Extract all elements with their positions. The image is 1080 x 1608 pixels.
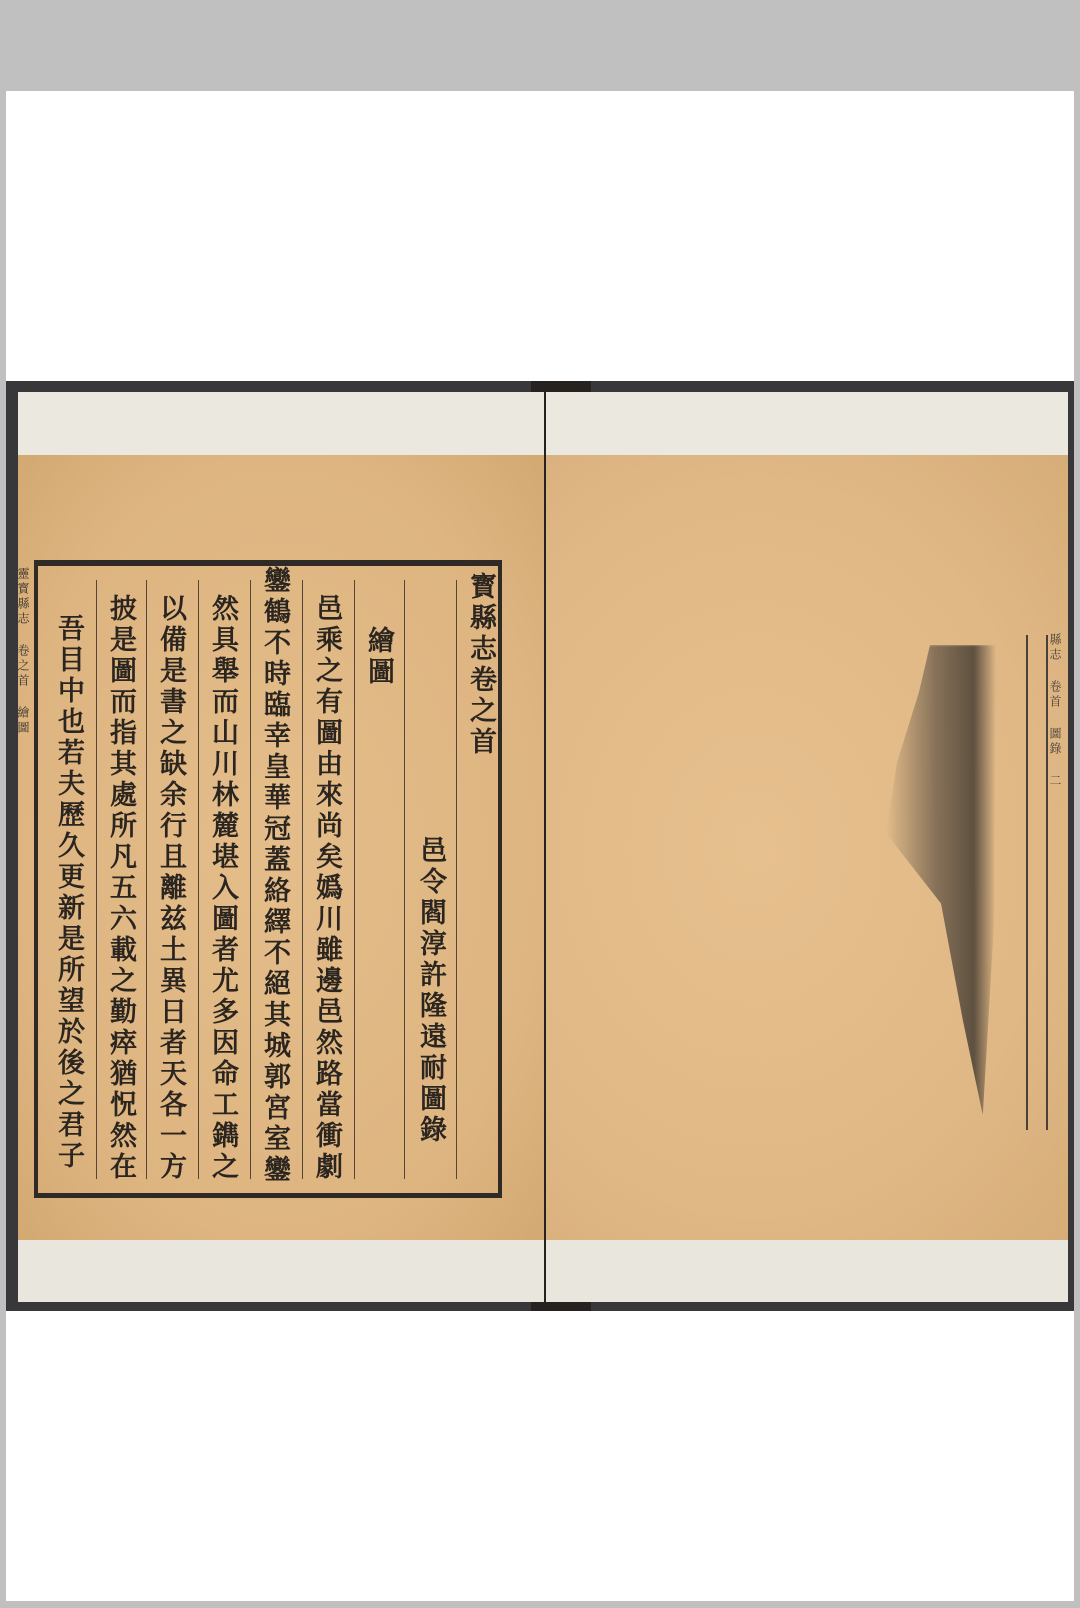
bottom-mount-strip (546, 1240, 1068, 1302)
column-rule (198, 580, 199, 1179)
column-rule (146, 580, 147, 1179)
right-page: 縣志 卷首 圖錄 二 (546, 392, 1068, 1302)
paper-leaf: 縣志 卷首 圖錄 二 (546, 455, 1068, 1240)
text-column: 然具舉而山川林麓堪入圖者尤多因命工鐫之 (202, 594, 242, 1183)
section-heading: 繪圖 (358, 626, 398, 688)
text-column: 披是圖而指其處所凡五六載之勤瘁猶怳然在 (100, 594, 140, 1183)
top-mount-strip (546, 392, 1068, 455)
column-rule (302, 580, 303, 1179)
text-column: 邑乘之有圖由來尚矣嬀川雖邊邑然路當衝劇 (306, 594, 346, 1183)
author-line: 邑令閻淳許隆遠耐圖錄 (410, 836, 450, 1146)
column-rule (404, 580, 405, 1179)
top-mount-strip (18, 392, 544, 455)
text-column: 吾目中也若夫歷久更新是所望於後之君子 (48, 614, 88, 1172)
viewer-bottom-bar (0, 1601, 1080, 1608)
column-rule (96, 580, 97, 1179)
volume-title: 寳縣志卷之首 (460, 572, 500, 758)
viewer-top-bar (0, 0, 1080, 90)
paper-leaf: 靈寳縣志 卷之首 繪圖 寳縣志卷之首 邑令閻淳許隆遠耐圖錄 繪圖 邑乘之有圖由來… (18, 455, 544, 1240)
text-column: 以備是書之缺余行且離兹土異日者天各一方 (150, 594, 190, 1183)
column-rule (456, 580, 457, 1179)
bottom-mount-strip (18, 1240, 544, 1302)
fold-margin-label: 靈寳縣志 卷之首 繪圖 (18, 567, 32, 736)
fold-margin-label: 縣志 卷首 圖錄 二 (1048, 633, 1064, 789)
text-column: 鑾鶴不時臨幸皇華冠蓋絡繹不絕其城郭宮室鑾 (254, 566, 294, 1186)
column-rule (354, 580, 355, 1179)
printed-frame: 寳縣志卷之首 邑令閻淳許隆遠耐圖錄 繪圖 邑乘之有圖由來尚矣嬀川雖邊邑然路當衝劇… (34, 560, 502, 1198)
left-page: 靈寳縣志 卷之首 繪圖 寳縣志卷之首 邑令閻淳許隆遠耐圖錄 繪圖 邑乘之有圖由來… (18, 392, 544, 1302)
column-rule (1026, 635, 1028, 1130)
column-rule (250, 580, 251, 1179)
book-photograph: 靈寳縣志 卷之首 繪圖 寳縣志卷之首 邑令閻淳許隆遠耐圖錄 繪圖 邑乘之有圖由來… (6, 381, 1074, 1311)
ink-offset-stain (886, 645, 996, 1115)
